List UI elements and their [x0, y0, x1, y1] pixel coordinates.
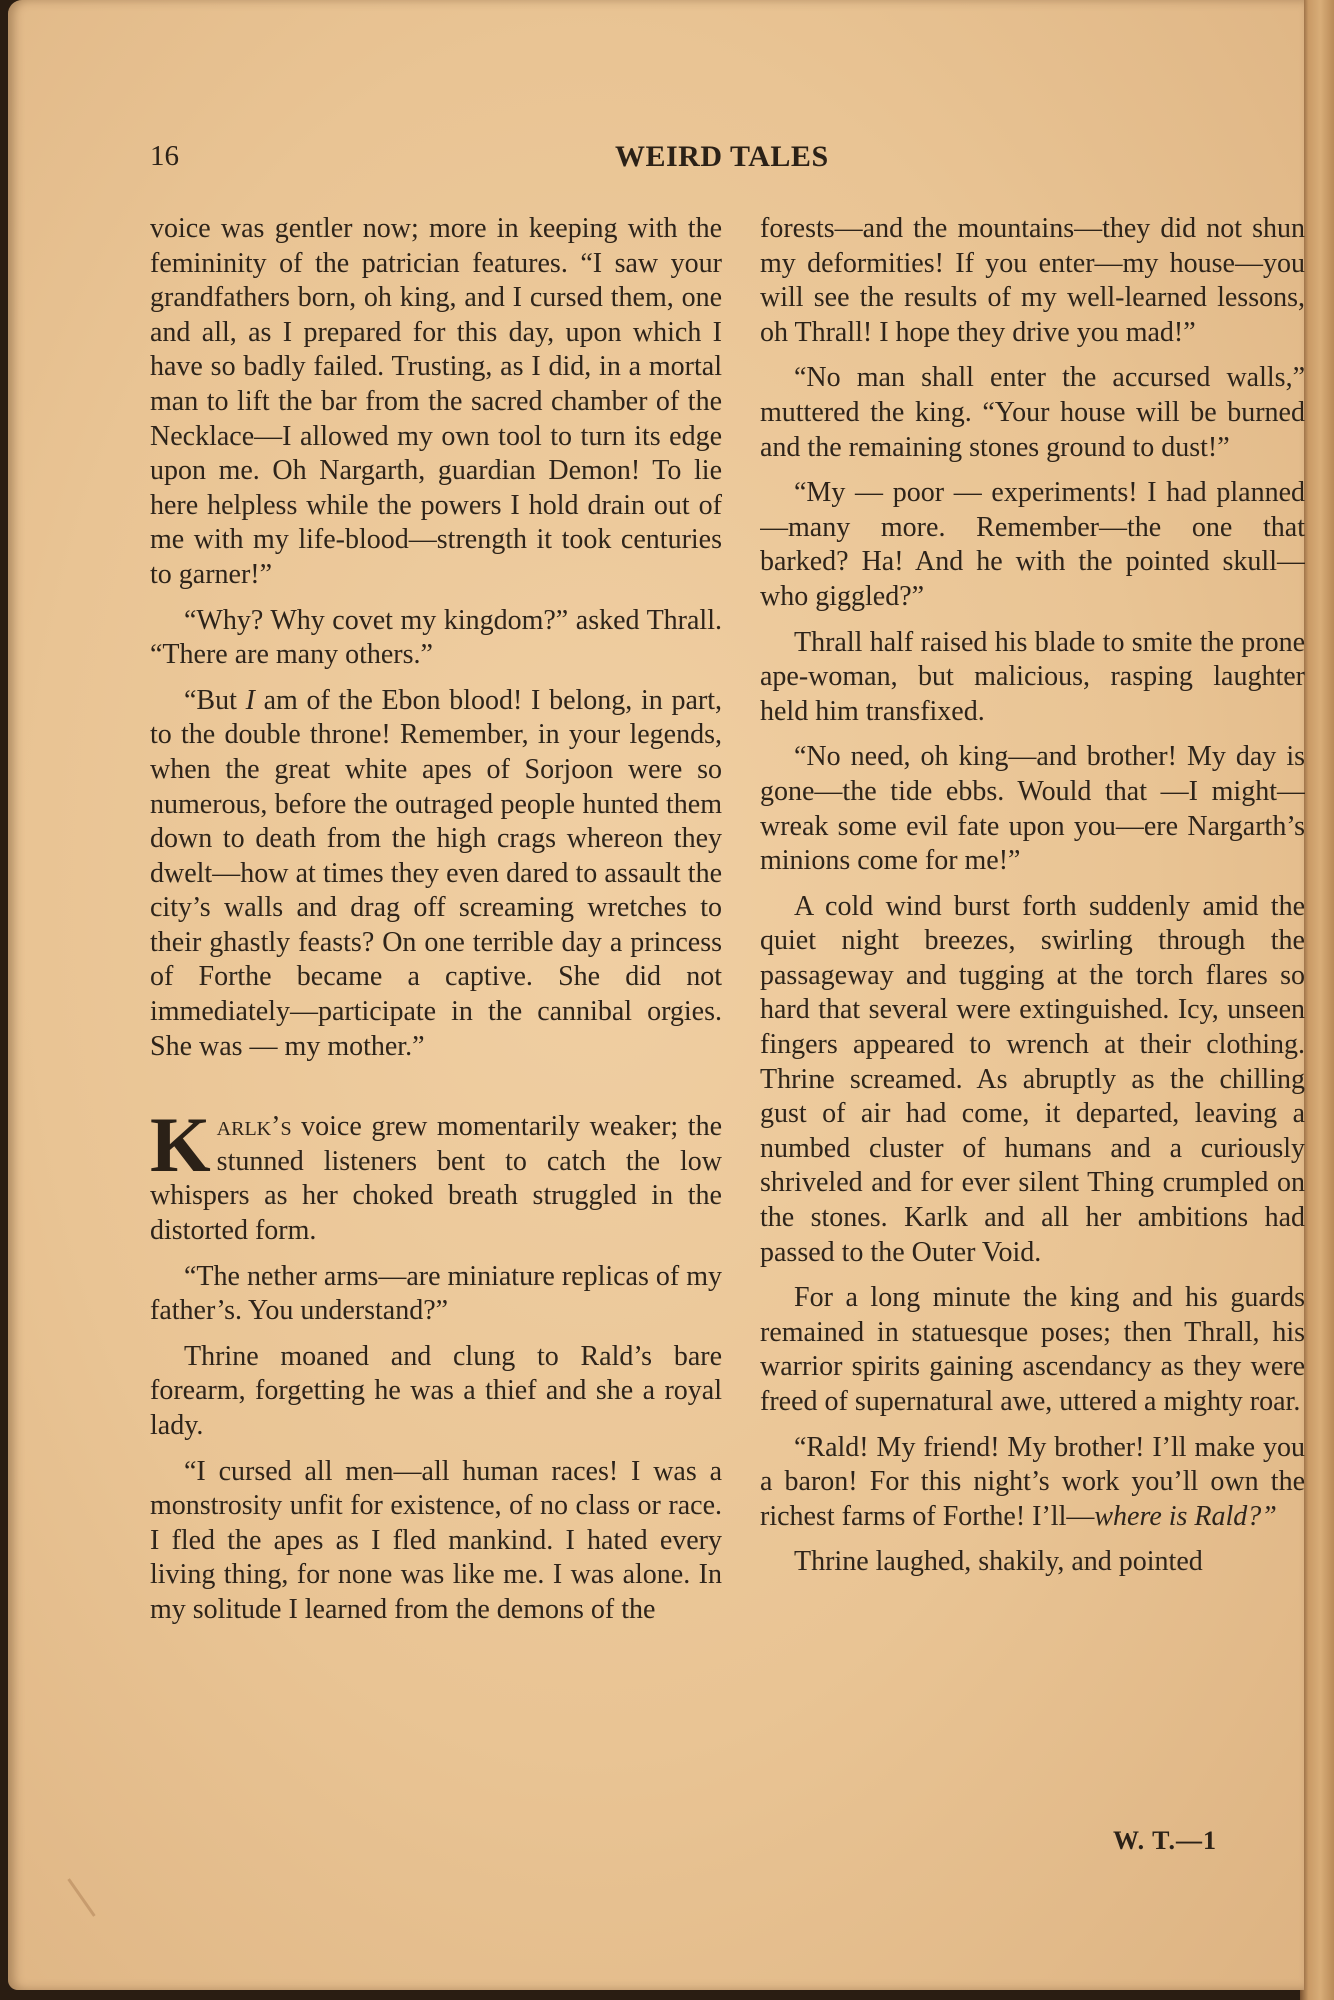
text-run: “But — [184, 685, 246, 716]
paragraph: “The nether arms—are miniature replicas … — [150, 1260, 722, 1329]
paragraph: For a long minute the king and his guard… — [760, 1281, 1305, 1419]
italic-text: where is Rald?” — [1094, 1501, 1277, 1532]
left-column: voice was gentler now; more in keeping w… — [150, 212, 722, 1639]
book-spine-edge — [1300, 0, 1334, 2000]
paragraph: Thrall half raised his blade to smite th… — [760, 626, 1305, 730]
paragraph: Thrine moaned and clung to Rald’s bare f… — [150, 1340, 722, 1444]
page-number: 16 — [150, 140, 179, 173]
paragraph: Thrine laughed, shakily, and pointed — [760, 1545, 1305, 1580]
paragraph: A cold wind burst forth suddenly amid th… — [760, 890, 1305, 1271]
text-run: am of the Ebon blood! I belong, in part,… — [150, 685, 722, 1062]
paragraph: “Rald! My friend! My brother! I’ll make … — [760, 1431, 1305, 1535]
small-caps-lead: arlk’s — [217, 1111, 292, 1142]
paragraph: “No man shall enter the accursed walls,”… — [760, 361, 1305, 465]
signature-mark: W. T.—1 — [1113, 1826, 1217, 1856]
section-start-paragraph: Karlk’s voice grew momentarily weaker; t… — [150, 1110, 722, 1248]
paragraph: “No need, oh king—and brother! My day is… — [760, 740, 1305, 878]
paragraph: forests—and the mountains—they did not s… — [760, 212, 1305, 350]
page-header: 16 WEIRD TALES — [150, 140, 1300, 180]
paragraph: voice was gentler now; more in keeping w… — [150, 212, 722, 593]
right-column: forests—and the mountains—they did not s… — [760, 212, 1305, 1591]
paragraph: “I cursed all men—all human races! I was… — [150, 1455, 722, 1628]
paragraph: “My — poor — experiments! I had planned—… — [760, 476, 1305, 614]
paragraph: “Why? Why covet my kingdom?” asked Thral… — [150, 604, 722, 673]
paragraph: “But I am of the Ebon blood! I belong, i… — [150, 684, 722, 1065]
italic-text: I — [246, 685, 255, 716]
drop-cap: K — [150, 1114, 211, 1176]
running-title: WEIRD TALES — [615, 140, 829, 174]
